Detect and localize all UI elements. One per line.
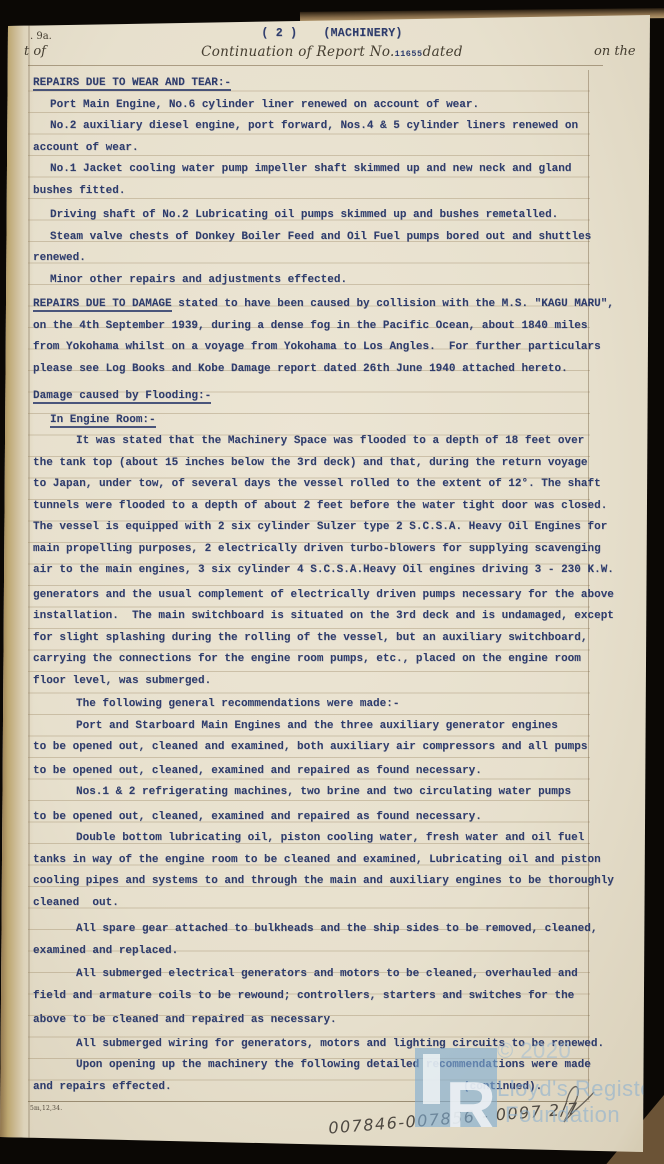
typed-line: tunnels were flooded to a depth of about… bbox=[33, 496, 639, 518]
typed-line: renewed. bbox=[33, 248, 639, 270]
typed-line: The following general recommendations we… bbox=[33, 694, 639, 716]
line-text: cooling pipes and systems to and through… bbox=[33, 875, 614, 887]
heading-engine-room: In Engine Room:- bbox=[33, 410, 639, 432]
page-heading: ( 2 )(MACHINERY) bbox=[0, 27, 664, 40]
line-text: Minor other repairs and adjustments effe… bbox=[50, 274, 347, 286]
line-text: tanks in way of the engine room to be cl… bbox=[33, 854, 601, 866]
line-text: All submerged electrical generators and … bbox=[76, 968, 578, 980]
typed-line: air to the main engines, 3 six cylinder … bbox=[33, 560, 639, 582]
typed-line: on the 4th September 1939, during a dens… bbox=[33, 316, 639, 338]
typed-line: bushes fitted. bbox=[33, 181, 639, 203]
typed-line: please see Log Books and Kobe Damage rep… bbox=[33, 359, 639, 381]
line-text: and repairs effected. bbox=[33, 1081, 172, 1093]
typed-line: to be opened out, cleaned and examined, … bbox=[33, 737, 639, 759]
underlined-heading-text: REPAIRS DUE TO WEAR AND TEAR:- bbox=[33, 77, 231, 91]
line-text: All spare gear attached to bulkheads and… bbox=[76, 923, 598, 935]
typed-line: cleaned out. bbox=[33, 893, 639, 915]
typed-line: from Yokohama whilst on a voyage from Yo… bbox=[33, 337, 639, 359]
continuation-prefix: Continuation of Report No. bbox=[201, 44, 395, 60]
typed-line: and repairs effected.(continued). bbox=[33, 1077, 639, 1099]
line-text: Steam valve chests of Donkey Boiler Feed… bbox=[50, 231, 591, 243]
continued-note: (continued). bbox=[463, 1077, 542, 1099]
typed-line: main propelling purposes, 2 electrically… bbox=[33, 539, 639, 561]
typed-line: Upon opening up the machinery the follow… bbox=[33, 1055, 639, 1077]
line-text: air to the main engines, 3 six cylinder … bbox=[33, 564, 614, 576]
typed-line: All submerged electrical generators and … bbox=[33, 964, 639, 986]
line-text: on the 4th September 1939, during a dens… bbox=[33, 320, 588, 332]
typed-line: above to be cleaned and repaired as nece… bbox=[33, 1010, 639, 1032]
report-number: 11655 bbox=[395, 49, 423, 59]
line-text: to Japan, under tow, of several days the… bbox=[33, 478, 601, 490]
line-text: The vessel is equipped with 2 six cylind… bbox=[33, 521, 607, 533]
typed-line: examined and replaced. bbox=[33, 941, 639, 963]
typed-line: carrying the connections for the engine … bbox=[33, 649, 639, 671]
line-text: floor level, was submerged. bbox=[33, 675, 211, 687]
line-text: to be opened out, cleaned, examined and … bbox=[33, 811, 482, 823]
on-the-fragment: on the bbox=[594, 44, 636, 59]
typed-line: field and armature coils to be rewound; … bbox=[33, 986, 639, 1008]
typed-line: Minor other repairs and adjustments effe… bbox=[33, 270, 639, 292]
typed-line: Port Main Engine, No.6 cylinder liner re… bbox=[33, 95, 639, 117]
typed-text-body: REPAIRS DUE TO WEAR AND TEAR:-Port Main … bbox=[33, 73, 639, 1098]
line-text: above to be cleaned and repaired as nece… bbox=[33, 1014, 337, 1026]
typed-line: Nos.1 & 2 refrigerating machines, two br… bbox=[33, 782, 639, 804]
line-text: examined and replaced. bbox=[33, 945, 178, 957]
line-text: Upon opening up the machinery the follow… bbox=[76, 1059, 591, 1071]
typed-line: generators and the usual complement of e… bbox=[33, 585, 639, 607]
line-text: for slight splashing during the rolling … bbox=[33, 632, 588, 644]
line-text: tunnels were flooded to a depth of about… bbox=[33, 500, 607, 512]
line-text: Double bottom lubricating oil, piston co… bbox=[76, 832, 584, 844]
line-text: Driving shaft of No.2 Lubricating oil pu… bbox=[50, 209, 558, 221]
typed-line: account of wear. bbox=[33, 138, 639, 160]
line-text: Nos.1 & 2 refrigerating machines, two br… bbox=[76, 786, 571, 798]
line-text: The following general recommendations we… bbox=[76, 698, 399, 710]
continuation-line: Continuation of Report No.11655dated bbox=[0, 44, 664, 60]
footer-rule bbox=[28, 1101, 568, 1102]
section-title: (MACHINERY) bbox=[323, 27, 402, 40]
heading-wear-and-tear: REPAIRS DUE TO WEAR AND TEAR:- bbox=[33, 73, 639, 95]
line-text: the tank top (about 15 inches below the … bbox=[33, 457, 588, 469]
line-text: All submerged wiring for generators, mot… bbox=[76, 1038, 604, 1050]
typed-line: for slight splashing during the rolling … bbox=[33, 628, 639, 650]
typed-line: Double bottom lubricating oil, piston co… bbox=[33, 828, 639, 850]
typed-line: Steam valve chests of Donkey Boiler Feed… bbox=[33, 227, 639, 249]
heading-flooding: Damage caused by Flooding:- bbox=[33, 386, 639, 408]
line-text: main propelling purposes, 2 electrically… bbox=[33, 543, 601, 555]
underlined-heading-text: Damage caused by Flooding:- bbox=[33, 390, 211, 404]
typed-line: It was stated that the Machinery Space w… bbox=[33, 431, 639, 453]
line-text: Port and Starboard Main Engines and the … bbox=[76, 720, 558, 732]
line-text: cleaned out. bbox=[33, 897, 119, 909]
typed-line: floor level, was submerged. bbox=[33, 671, 639, 693]
scanned-report-page: . 9a. t of ( 2 )(MACHINERY) Continuation… bbox=[0, 0, 664, 1164]
line-text: from Yokohama whilst on a voyage from Yo… bbox=[33, 341, 601, 353]
typed-line: tanks in way of the engine room to be cl… bbox=[33, 850, 639, 872]
line-text: Port Main Engine, No.6 cylinder liner re… bbox=[50, 99, 479, 111]
underlined-heading-text: REPAIRS DUE TO DAMAGE bbox=[33, 298, 172, 312]
line-text: to be opened out, cleaned and examined, … bbox=[33, 741, 588, 753]
typed-line: to be opened out, cleaned, examined and … bbox=[33, 761, 639, 783]
typed-line: to Japan, under tow, of several days the… bbox=[33, 474, 639, 496]
line-text: No.2 auxiliary diesel engine, port forwa… bbox=[50, 120, 578, 132]
typed-line: The vessel is equipped with 2 six cylind… bbox=[33, 517, 639, 539]
form-print-code: 5m,12,34. bbox=[30, 1105, 62, 1112]
line-text: stated to have been caused by collision … bbox=[172, 298, 614, 310]
line-text: installation. The main switchboard is si… bbox=[33, 610, 614, 622]
continuation-suffix: dated bbox=[423, 44, 463, 60]
line-text: It was stated that the Machinery Space w… bbox=[76, 435, 584, 447]
typed-line: No.2 auxiliary diesel engine, port forwa… bbox=[33, 116, 639, 138]
underlined-heading-text: In Engine Room:- bbox=[50, 414, 156, 428]
typed-line: No.1 Jacket cooling water pump impeller … bbox=[33, 159, 639, 181]
line-text: to be opened out, cleaned, examined and … bbox=[33, 765, 482, 777]
header-rule bbox=[28, 65, 603, 66]
line-text: carrying the connections for the engine … bbox=[33, 653, 581, 665]
typed-line: the tank top (about 15 inches below the … bbox=[33, 453, 639, 475]
typed-line: to be opened out, cleaned, examined and … bbox=[33, 807, 639, 829]
line-text: bushes fitted. bbox=[33, 185, 125, 197]
line-text: account of wear. bbox=[33, 142, 139, 154]
typed-line: All submerged wiring for generators, mot… bbox=[33, 1034, 639, 1056]
typed-line: installation. The main switchboard is si… bbox=[33, 606, 639, 628]
heading-damage: REPAIRS DUE TO DAMAGE stated to have bee… bbox=[33, 294, 639, 316]
typed-line: All spare gear attached to bulkheads and… bbox=[33, 919, 639, 941]
line-text: generators and the usual complement of e… bbox=[33, 589, 614, 601]
typed-line: Port and Starboard Main Engines and the … bbox=[33, 716, 639, 738]
line-text: please see Log Books and Kobe Damage rep… bbox=[33, 363, 568, 375]
line-text: renewed. bbox=[33, 252, 86, 264]
page-number: ( 2 ) bbox=[261, 27, 297, 40]
line-text: No.1 Jacket cooling water pump impeller … bbox=[50, 163, 572, 175]
typed-line: cooling pipes and systems to and through… bbox=[33, 871, 639, 893]
surveyor-initials-mark bbox=[556, 1078, 602, 1134]
typed-line: Driving shaft of No.2 Lubricating oil pu… bbox=[33, 205, 639, 227]
line-text: field and armature coils to be rewound; … bbox=[33, 990, 574, 1002]
